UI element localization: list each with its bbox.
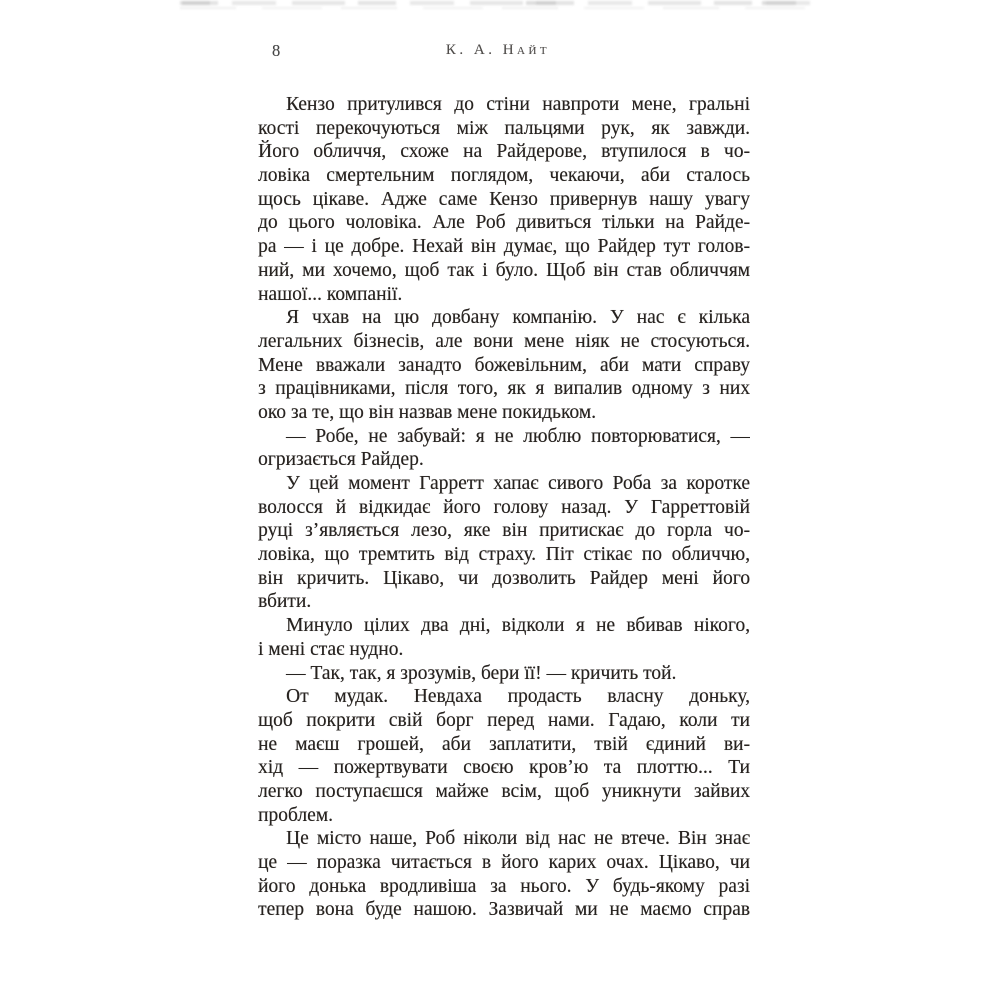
page-body: Кензо притулився до стіни навпроти мене,… (258, 93, 750, 922)
text-line: щоб покрити свій борг перед нами. Гадаю,… (258, 709, 750, 733)
paragraph: От мудак. Невдаха продасть власну доньку… (258, 685, 750, 827)
text-line: нашої... компанії. (258, 283, 750, 307)
text-line: руці з’являється лезо, яке він притискає… (258, 519, 750, 543)
text-line: легко поступаєшся майже всім, щоб уникну… (258, 780, 750, 804)
text-line: Кензо притулився до стіни навпроти мене,… (258, 93, 750, 117)
paragraph: Кензо притулився до стіни навпроти мене,… (258, 93, 750, 306)
text-line: легальних бізнесів, але вони мене ніяк н… (258, 330, 750, 354)
paragraph: — Робе, не забувай: я не люблю повторюва… (258, 425, 750, 472)
text-line: з працівниками, після того, як я випалив… (258, 377, 750, 401)
text-line: ловіка смертельним поглядом, чекаючи, аб… (258, 164, 750, 188)
text-line: до цього чоловіка. Але Роб дивиться тіль… (258, 211, 750, 235)
text-line: ловіка, що тремтить від страху. Піт стік… (258, 543, 750, 567)
text-line: і мені стає нудно. (258, 638, 750, 662)
paragraph: — Так, так, я зрозумів, бери її! — кричи… (258, 662, 750, 686)
book-page: 8 К. А. Найт Кензо притулився до стіни н… (0, 0, 1000, 1000)
text-line: тепер вона буде нашою. Зазвичай ми не ма… (258, 898, 750, 922)
paragraph: Я чхав на цю довбану компанію. У нас є к… (258, 306, 750, 424)
text-line: хід — пожертвувати своєю кров’ю та плотт… (258, 756, 750, 780)
text-line: не маєш грошей, аби заплатити, твій єдин… (258, 733, 750, 757)
text-line: він кричить. Цікаво, чи дозволить Райдер… (258, 567, 750, 591)
text-line: Мене вважали занадто божевільним, аби ма… (258, 354, 750, 378)
scan-artifact-row (180, 7, 820, 10)
text-line: От мудак. Невдаха продасть власну доньку… (258, 685, 750, 709)
text-line: Я чхав на цю довбану компанію. У нас є к… (258, 306, 750, 330)
text-line: щось цікаве. Адже саме Кензо привернув н… (258, 188, 750, 212)
text-line: Минуло цілих два дні, відколи я не вбива… (258, 614, 750, 638)
text-line: волосся й відкидає його голову назад. У … (258, 496, 750, 520)
text-line: вбити. (258, 590, 750, 614)
text-line: проблем. (258, 804, 750, 828)
text-line: Його обличчя, схоже на Райдерове, втупил… (258, 140, 750, 164)
scan-artifact-spot (182, 1, 210, 5)
scan-artifact-top (180, 0, 820, 11)
scan-artifact-row (180, 1, 820, 5)
text-line: Це місто наше, Роб ніколи від нас не вте… (258, 827, 750, 851)
text-line: кості перекочуються між пальцями рук, як… (258, 117, 750, 141)
text-line: ний, ми хочемо, щоб так і було. Щоб він … (258, 259, 750, 283)
text-line: ра — і це добре. Нехай він думає, що Рай… (258, 235, 750, 259)
running-header-author: К. А. Найт (258, 42, 738, 59)
paragraph: Це місто наше, Роб ніколи від нас не вте… (258, 827, 750, 922)
text-line: — Так, так, я зрозумів, бери її! — кричи… (258, 662, 750, 686)
text-line: У цей момент Гарретт хапає сивого Роба з… (258, 472, 750, 496)
paragraph: Минуло цілих два дні, відколи я не вбива… (258, 614, 750, 661)
text-line: — Робе, не забувай: я не люблю повторюва… (258, 425, 750, 449)
paragraph: У цей момент Гарретт хапає сивого Роба з… (258, 472, 750, 614)
text-line: це — поразка читається в його карих очах… (258, 851, 750, 875)
text-line: його донька вродливіша за нього. У будь-… (258, 875, 750, 899)
text-line: око за те, що він назвав мене покидьком. (258, 401, 750, 425)
text-line: огризається Райдер. (258, 448, 750, 472)
scan-artifact-spot (762, 1, 796, 5)
scan-artifact-spot (526, 1, 556, 5)
